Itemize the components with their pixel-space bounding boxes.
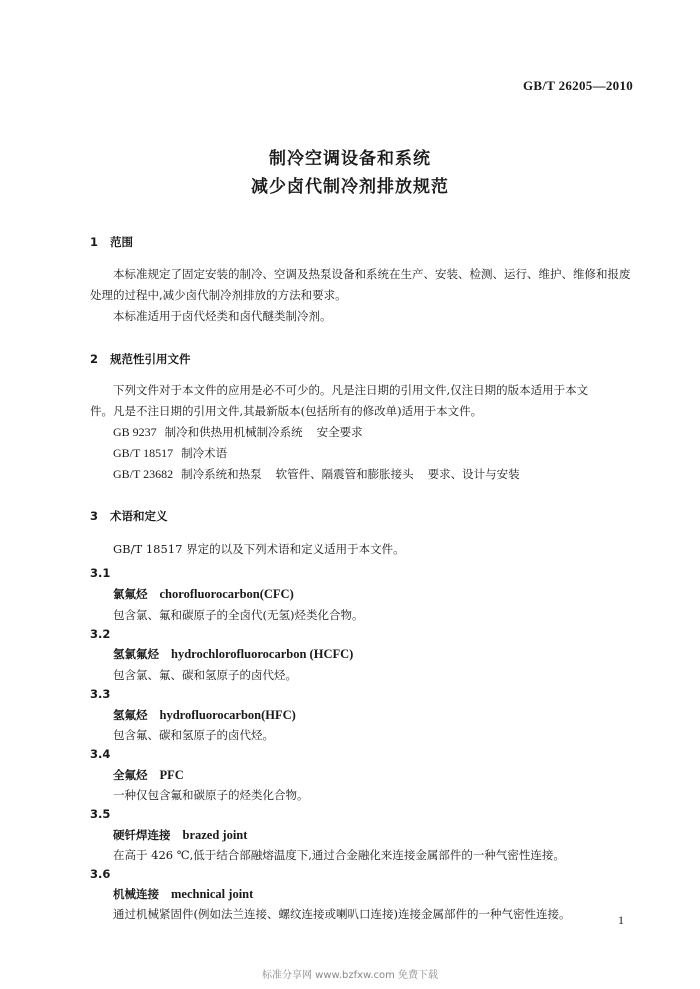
section-1-paragraph-2: 本标准适用于卤代烃类和卤代醚类制冷剂。 [113, 306, 332, 327]
term-zh: 氢氟烃 [113, 708, 148, 722]
term-en: mechnical joint [171, 887, 253, 901]
term-zh: 机械连接 [113, 887, 159, 901]
page-number: 1 [618, 913, 624, 928]
term-definition: 在高于 426 ℃,低于结合部融熔温度下,通过合金融化来连接金属部件的一种气密性… [113, 847, 565, 863]
standard-code: GB/T 26205—2010 [523, 78, 633, 94]
section-2-paragraph-line1: 下列文件对于本文件的应用是必不可少的。凡是注日期的引用文件,仅注日期的版本适用于… [113, 380, 588, 401]
section-number: 2 [90, 352, 110, 366]
term-en: chorofluorocarbon(CFC) [160, 587, 294, 601]
section-title: 规范性引用文件 [110, 352, 191, 366]
section-3-heading: 3术语和定义 [90, 508, 168, 524]
section-title: 范围 [110, 235, 133, 249]
reference-item: GB/T 18517制冷术语 [113, 443, 227, 464]
reference-title: 制冷术语 [181, 446, 227, 460]
term-en: hydrochlorofluorocarbon (HCFC) [171, 647, 353, 661]
clause-number: 3.1 [90, 566, 110, 580]
term-en: brazed joint [183, 828, 248, 842]
term-definition: 包含氯、氟、碳和氢原子的卤代烃。 [113, 667, 297, 683]
term-zh: 氢氯氟烃 [113, 647, 159, 661]
section-title: 术语和定义 [110, 509, 168, 523]
reference-title: 制冷和供热用机械制冷系统 [165, 425, 303, 439]
reference-code: GB/T 18517 [113, 443, 173, 464]
term-en: PFC [160, 768, 184, 782]
term-en: hydrofluorocarbon(HFC) [160, 708, 296, 722]
document-title-line2: 减少卤代制冷剂排放规范 [0, 172, 700, 197]
reference-subtitle-2: 要求、设计与安装 [428, 467, 520, 481]
watermark: 标准分享网 www.bzfxw.com 免费下载 [0, 966, 700, 981]
reference-subtitle: 安全要求 [317, 425, 363, 439]
reference-code: GB/T 23682 [113, 464, 173, 485]
clause-number: 3.5 [90, 807, 110, 821]
reference-item: GB/T 23682制冷系统和热泵软管件、隔震管和膨胀接头要求、设计与安装 [113, 464, 520, 485]
section-2-paragraph-line2: 件。凡是不注日期的引用文件,其最新版本(包括所有的修改单)适用于本文件。 [90, 401, 482, 422]
section-2-heading: 2规范性引用文件 [90, 351, 191, 367]
term-heading: 机械连接mechnical joint [113, 886, 253, 902]
reference-item: GB 9237制冷和供热用机械制冷系统安全要求 [113, 422, 363, 443]
term-heading: 全氟烃PFC [113, 767, 184, 783]
reference-code: GB 9237 [113, 422, 157, 443]
section-1-heading: 1范围 [90, 234, 133, 250]
term-definition: 通过机械紧固件(例如法兰连接、螺纹连接或喇叭口连接)连接金属部件的一种气密性连接… [113, 906, 570, 922]
term-definition: 一种仅包含氟和碳原子的烃类化合物。 [113, 787, 309, 803]
term-zh: 氯氟烃 [113, 587, 148, 601]
section-1-paragraph-1-line1: 本标准规定了固定安装的制冷、空调及热泵设备和系统在生产、安装、检测、运行、维护、… [113, 264, 631, 285]
clause-number: 3.6 [90, 867, 110, 881]
term-heading: 氢氟烃hydrofluorocarbon(HFC) [113, 707, 296, 723]
term-zh: 全氟烃 [113, 768, 148, 782]
term-definition: 包含氯、氟和碳原子的全卤代(无氢)烃类化合物。 [113, 607, 363, 623]
term-heading: 硬钎焊连接brazed joint [113, 827, 247, 843]
section-1-paragraph-1-line2: 处理的过程中,减少卤代制冷剂排放的方法和要求。 [90, 285, 347, 306]
term-definition: 包含氟、碳和氢原子的卤代烃。 [113, 727, 274, 743]
reference-title: 制冷系统和热泵 [181, 467, 262, 481]
term-heading: 氯氟烃chorofluorocarbon(CFC) [113, 586, 294, 602]
clause-number: 3.3 [90, 687, 110, 701]
section-number: 1 [90, 235, 110, 249]
term-zh: 硬钎焊连接 [113, 828, 171, 842]
section-number: 3 [90, 509, 110, 523]
clause-number: 3.2 [90, 627, 110, 641]
term-heading: 氢氯氟烃hydrochlorofluorocarbon (HCFC) [113, 646, 353, 662]
document-title-line1: 制冷空调设备和系统 [0, 144, 700, 169]
clause-number: 3.4 [90, 747, 110, 761]
section-3-intro: GB/T 18517 界定的以及下列术语和定义适用于本文件。 [113, 539, 405, 560]
reference-subtitle: 软管件、隔震管和膨胀接头 [276, 467, 414, 481]
